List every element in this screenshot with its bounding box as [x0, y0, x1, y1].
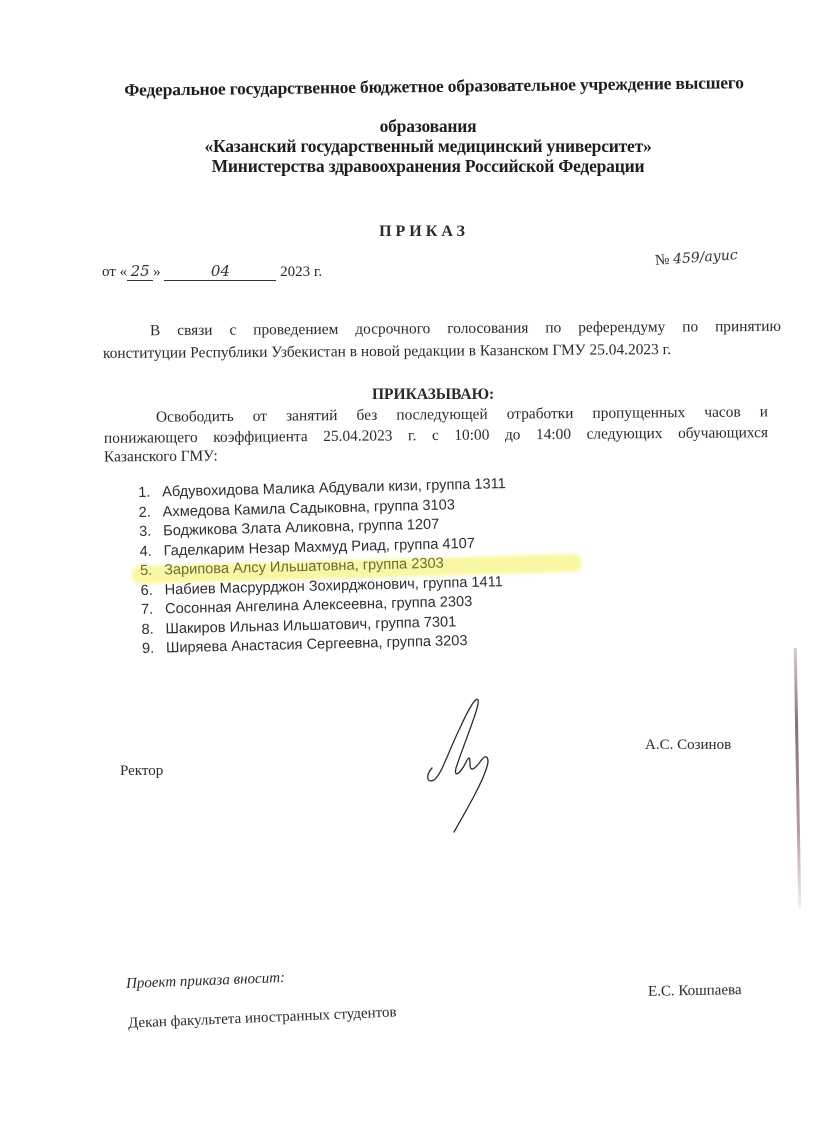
directive-heading: ПРИКАЗЫВАЮ: [372, 386, 494, 404]
preamble-line-2: конституции Республики Узбекистан в ново… [103, 341, 671, 363]
student-number: 4. [139, 542, 163, 562]
student-number: 9. [142, 639, 166, 659]
dean-title: Декан факультета иностранных студентов [128, 1004, 397, 1032]
number-label: № [655, 252, 670, 269]
directive-line-2: понижающего коэффициента 25.04.2023 г. с… [104, 424, 768, 448]
rector-signature [420, 692, 510, 847]
date-day: 25 [127, 262, 153, 281]
date-month: 04 [164, 262, 276, 281]
page-edge-mark [794, 648, 802, 908]
student-number: 1. [138, 483, 162, 503]
student-number: 3. [139, 522, 163, 542]
header-line-ministry: Министерства здравоохранения Российской … [14, 156, 828, 177]
document-title: ПРИКАЗ [10, 223, 828, 241]
student-number: 6. [140, 581, 164, 601]
dean-name: Е.С. Кошпаева [648, 982, 742, 1001]
student-number: 7. [141, 600, 165, 620]
date-prefix: от « [102, 264, 127, 280]
rector-title: Ректор [120, 763, 163, 780]
number-value: 459/ауис [673, 247, 739, 267]
order-date: от «25» 04 2023 г. [102, 262, 322, 281]
rector-name: А.С. Созинов [645, 737, 731, 754]
date-mid: » [153, 264, 161, 280]
directive-line-1: Освободить от занятий без последующей от… [156, 403, 768, 426]
directive-line-3: Казанского ГМУ: [104, 448, 218, 467]
header-line-institution: Федеральное государственное бюджетное об… [20, 71, 828, 102]
project-label: Проект приказа вносит: [126, 970, 286, 993]
student-number: 2. [138, 503, 162, 523]
header-line-university: «Казанский государственный медицинский у… [14, 136, 828, 157]
preamble-line-1: В связи с проведением досрочного голосов… [150, 318, 781, 340]
date-year: 2023 г. [280, 264, 322, 280]
header-line-education: образования [14, 116, 828, 137]
student-number: 5. [140, 561, 164, 581]
order-number: № 459/ауис [655, 247, 739, 270]
student-list: 1.Абдувохидова Малика Абдували кизи, гру… [138, 475, 510, 659]
student-number: 8. [141, 620, 165, 640]
